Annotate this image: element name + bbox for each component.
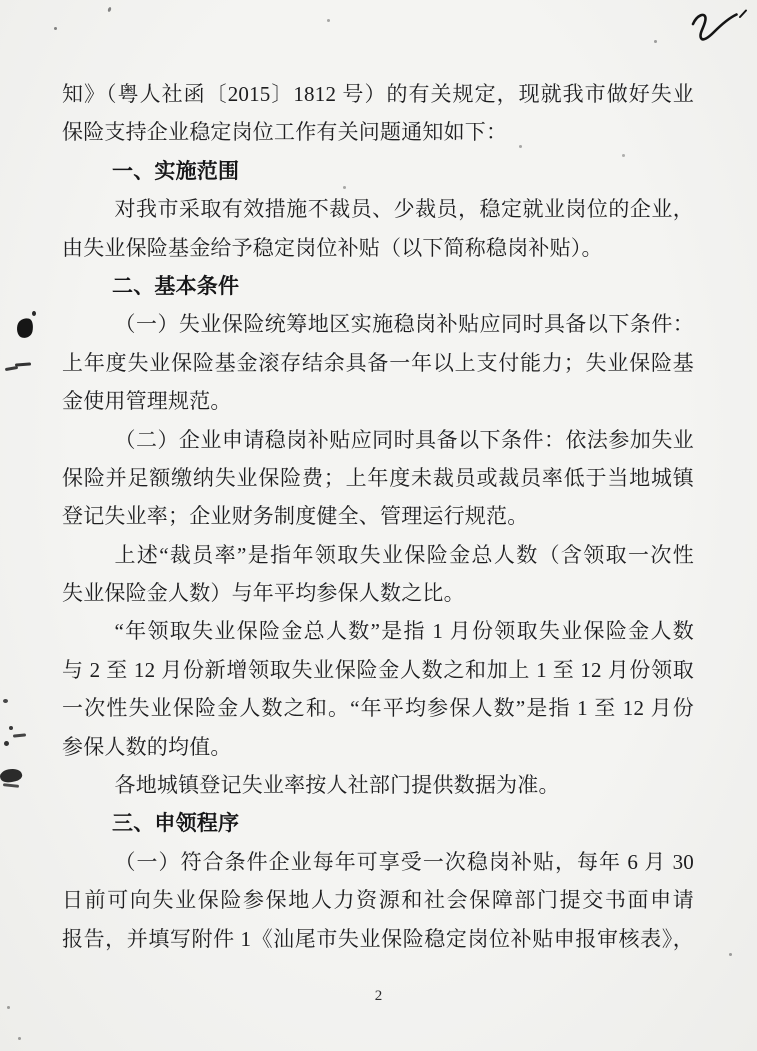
section-heading: 一、实施范围	[62, 152, 694, 190]
text-line: （一）符合条件企业每年可享受一次稳岗补贴，每年 6 月 30	[62, 843, 694, 881]
handwritten-mark-icon	[686, 7, 750, 51]
dust-speck	[327, 19, 330, 22]
section-heading: 二、基本条件	[62, 267, 694, 305]
dust-speck	[729, 953, 732, 956]
text-line: 上年度失业保险基金滚存结余具备一年以上支付能力；失业保险基	[62, 344, 694, 382]
dust-speck	[107, 7, 112, 13]
text-line: （二）企业申请稳岗补贴应同时具备以下条件：依法参加失业	[62, 421, 694, 459]
text-line: 保险支持企业稳定岗位工作有关问题通知如下：	[62, 113, 694, 151]
ink-speck	[9, 726, 13, 730]
text-line: 由失业保险基金给予稳定岗位补贴（以下简称稳岗补贴）。	[62, 229, 694, 267]
ink-speck	[32, 311, 36, 316]
ink-speck	[3, 699, 8, 703]
page-number: 2	[0, 988, 757, 1005]
text-line: 失业保险金人数）与年平均参保人数之比。	[62, 574, 694, 612]
dust-speck	[7, 1006, 10, 1009]
dust-speck	[18, 1037, 21, 1040]
ink-speck	[4, 741, 9, 746]
ink-smudge	[13, 733, 26, 737]
text-line: 金使用管理规范。	[62, 382, 694, 420]
text-line: 各地城镇登记失业率按人社部门提供数据为准。	[62, 766, 694, 804]
ink-smudge	[15, 317, 35, 340]
ink-smudge	[5, 366, 18, 371]
text-line: 报告，并填写附件 1《汕尾市失业保险稳定岗位补贴申报审核表》，	[62, 920, 694, 958]
text-line: 上述“裁员率”是指年领取失业保险金总人数（含领取一次性	[62, 536, 694, 574]
ink-smudge	[3, 783, 19, 788]
text-line: “年领取失业保险金总人数”是指 1 月份领取失业保险金人数	[62, 612, 694, 650]
dust-speck	[54, 27, 57, 30]
text-line: 登记失业率；企业财务制度健全、管理运行规范。	[62, 497, 694, 535]
text-line: 保险并足额缴纳失业保险费；上年度未裁员或裁员率低于当地城镇	[62, 459, 694, 497]
text-line: 日前可向失业保险参保地人力资源和社会保障部门提交书面申请	[62, 881, 694, 919]
text-line: （一）失业保险统筹地区实施稳岗补贴应同时具备以下条件：	[62, 305, 694, 343]
text-line: 对我市采取有效措施不裁员、少裁员，稳定就业岗位的企业，	[62, 190, 694, 228]
section-heading: 三、申领程序	[62, 804, 694, 842]
document-body: 知》（粤人社函〔2015〕1812 号）的有关规定，现就我市做好失业保险支持企业…	[62, 75, 694, 958]
scanned-document-page: 知》（粤人社函〔2015〕1812 号）的有关规定，现就我市做好失业保险支持企业…	[0, 0, 757, 1051]
text-line: 与 2 至 12 月份新增领取失业保险金人数之和加上 1 至 12 月份领取	[62, 651, 694, 689]
text-line: 一次性失业保险金人数之和。“年平均参保人数”是指 1 至 12 月份	[62, 689, 694, 727]
ink-smudge	[15, 362, 31, 366]
dust-speck	[654, 40, 657, 43]
text-line: 参保人数的均值。	[62, 728, 694, 766]
text-line: 知》（粤人社函〔2015〕1812 号）的有关规定，现就我市做好失业	[62, 75, 694, 113]
ink-smudge	[0, 767, 23, 784]
